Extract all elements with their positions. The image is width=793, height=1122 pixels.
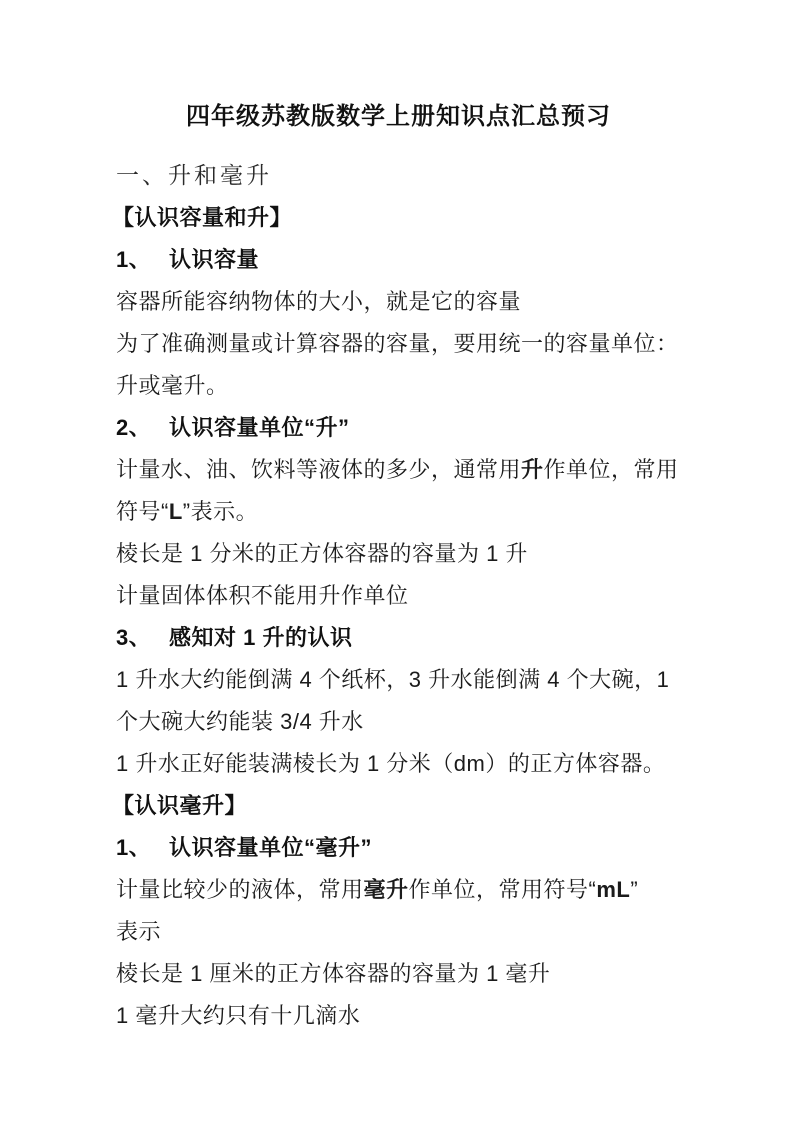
text-run: 棱长是 1 厘米的正方体容器的容量为 1 毫升 [116,961,550,986]
text-run: 作单位，常用 [544,457,679,482]
text-run: L [169,499,183,524]
body-line: 容器所能容纳物体的大小，就是它的容量 [116,281,681,323]
text-run: 个大碗大约能装 3/4 升水 [116,709,364,734]
text-run: 1 毫升大约只有十几滴水 [116,1003,360,1028]
text-run: 为了准确测量或计算容器的容量，要用统一的容量单位： [116,331,679,356]
text-run: 【认识毫升】 [112,793,247,818]
numbered-heading-3-ganzhi-dui-1-sheng: 3、感知对 1 升的认识 [116,617,681,659]
body-line: 个大碗大约能装 3/4 升水 [116,701,681,743]
text-run: 计量固体体积不能用升作单位 [116,583,409,608]
text-run: 升 [521,457,544,482]
text-run: 认识容量单位“升” [169,415,350,440]
section-heading-sheng-he-haosheng: 一、升和毫升 [116,155,681,197]
text-run: 计量水、油、饮料等液体的多少，通常用 [116,457,521,482]
text-run: 计量比较少的液体，常用 [116,877,364,902]
text-run: 认识容量 [169,247,259,272]
list-number: 2、 [116,407,169,449]
text-run: 升或毫升。 [116,373,229,398]
topic-heading-renshi-rongliang-he-sheng: 【认识容量和升】 [112,197,681,239]
numbered-heading-2-renshi-rongliang-danwei-sheng: 2、认识容量单位“升” [116,407,681,449]
text-run: 1 升水大约能倒满 4 个纸杯，3 升水能倒满 4 个大碗，1 [116,667,669,692]
text-run: 符号“ [116,499,169,524]
body-line: 计量水、油、饮料等液体的多少，通常用升作单位，常用 [116,449,681,491]
numbered-heading-1-renshi-rongliang-danwei-haosheng: 1、认识容量单位“毫升” [116,827,681,869]
text-run: 【认识容量和升】 [112,205,292,230]
body-line: 升或毫升。 [116,365,681,407]
text-run: 一、升和毫升 [116,163,272,188]
body-line: 计量固体体积不能用升作单位 [116,575,681,617]
text-run: ”表示。 [183,499,258,524]
text-run: 作单位，常用符号“ [409,877,597,902]
body-line: 为了准确测量或计算容器的容量，要用统一的容量单位： [116,323,681,365]
body-line: 棱长是 1 分米的正方体容器的容量为 1 升 [116,533,681,575]
body-line: 1 升水正好能装满棱长为 1 分米（dm）的正方体容器。 [116,743,681,785]
text-run: ” [630,877,638,902]
list-number: 1、 [116,239,169,281]
text-run: 棱长是 1 分米的正方体容器的容量为 1 升 [116,541,528,566]
body-line: 1 升水大约能倒满 4 个纸杯，3 升水能倒满 4 个大碗，1 [116,659,681,701]
text-run: 认识容量单位“毫升” [169,835,372,860]
document-body: 一、升和毫升【认识容量和升】1、认识容量容器所能容纳物体的大小，就是它的容量为了… [116,155,681,1037]
body-line: 1 毫升大约只有十几滴水 [116,995,681,1037]
text-run: 毫升 [364,877,409,902]
text-run: 容器所能容纳物体的大小，就是它的容量 [116,289,521,314]
list-number: 3、 [116,617,169,659]
body-line: 符号“L”表示。 [116,491,681,533]
document-title: 四年级苏教版数学上册知识点汇总预习 [116,96,681,138]
text-run: 表示 [116,919,161,944]
list-number: 1、 [116,827,169,869]
text-run: 1 升水正好能装满棱长为 1 分米（dm）的正方体容器。 [116,751,665,776]
text-run: mL [596,877,630,902]
body-line: 棱长是 1 厘米的正方体容器的容量为 1 毫升 [116,953,681,995]
numbered-heading-1-renshi-rongliang: 1、认识容量 [116,239,681,281]
text-run: 感知对 1 升的认识 [169,625,352,650]
topic-heading-renshi-haosheng: 【认识毫升】 [112,785,681,827]
body-line: 计量比较少的液体，常用毫升作单位，常用符号“mL” [116,869,681,911]
document-page: 四年级苏教版数学上册知识点汇总预习 一、升和毫升【认识容量和升】1、认识容量容器… [0,0,793,1122]
body-line: 表示 [116,911,681,953]
